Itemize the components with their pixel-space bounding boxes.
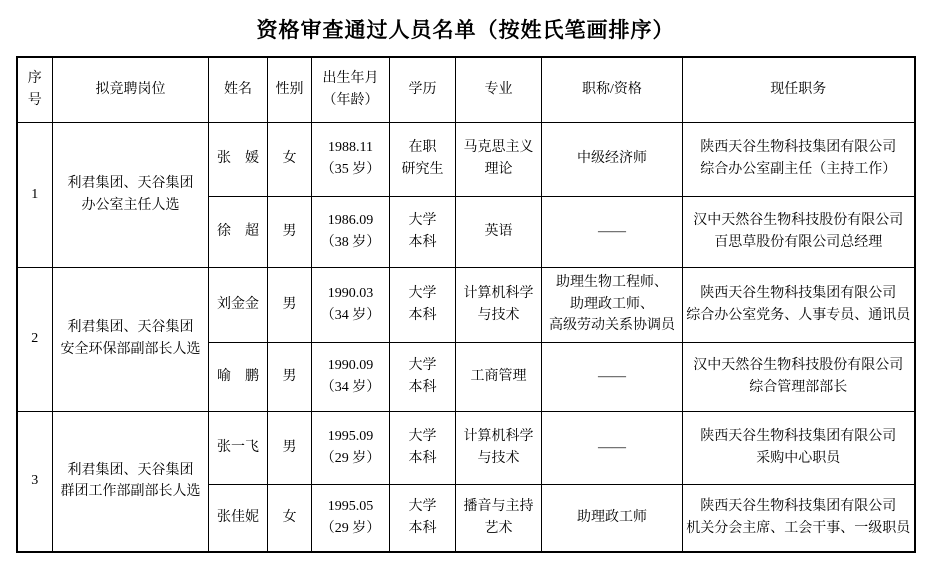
cell-qualification: —— xyxy=(542,411,683,484)
page-title: 资格审查通过人员名单（按姓氏笔画排序） xyxy=(0,0,931,56)
cell-major: 计算机科学 与技术 xyxy=(456,267,542,342)
roster-table: 序 号 拟竞聘岗位 姓名 性别 出生年月 （年龄） 学历 专业 职称/资格 现任… xyxy=(16,56,916,553)
header-gender: 性别 xyxy=(268,57,312,122)
cell-education: 大学 本科 xyxy=(390,411,456,484)
cell-qualification: 助理政工师 xyxy=(542,484,683,552)
cell-major: 英语 xyxy=(456,196,542,267)
cell-gender: 男 xyxy=(268,411,312,484)
header-row: 序 号 拟竞聘岗位 姓名 性别 出生年月 （年龄） 学历 专业 职称/资格 现任… xyxy=(17,57,915,122)
cell-group-no: 3 xyxy=(17,411,53,552)
cell-group-position: 利君集团、天谷集团 群团工作部副部长人选 xyxy=(53,411,209,552)
cell-birth: 1986.09 （38 岁） xyxy=(312,196,390,267)
cell-gender: 女 xyxy=(268,122,312,196)
header-birth: 出生年月 （年龄） xyxy=(312,57,390,122)
cell-name: 张佳妮 xyxy=(209,484,268,552)
cell-birth: 1990.03 （34 岁） xyxy=(312,267,390,342)
cell-name: 喻 鹏 xyxy=(209,342,268,411)
cell-major: 马克思主义 理论 xyxy=(456,122,542,196)
header-qualification: 职称/资格 xyxy=(542,57,683,122)
header-position: 拟竞聘岗位 xyxy=(53,57,209,122)
cell-qualification: —— xyxy=(542,342,683,411)
cell-qualification: 助理生物工程师、 助理政工师、 高级劳动关系协调员 xyxy=(542,267,683,342)
cell-current-post: 陕西天谷生物科技集团有限公司 综合办公室党务、人事专员、通讯员 xyxy=(683,267,915,342)
table-row: 2 利君集团、天谷集团 安全环保部副部长人选 刘金金 男 1990.03 （34… xyxy=(17,267,915,342)
cell-birth: 1988.11 （35 岁） xyxy=(312,122,390,196)
header-name: 姓名 xyxy=(209,57,268,122)
header-current-post: 现任职务 xyxy=(683,57,915,122)
cell-gender: 女 xyxy=(268,484,312,552)
cell-major: 播音与主持 艺术 xyxy=(456,484,542,552)
table-row: 3 利君集团、天谷集团 群团工作部副部长人选 张一飞 男 1995.09 （29… xyxy=(17,411,915,484)
cell-gender: 男 xyxy=(268,267,312,342)
cell-birth: 1990.09 （34 岁） xyxy=(312,342,390,411)
cell-education: 大学 本科 xyxy=(390,196,456,267)
cell-group-no: 1 xyxy=(17,122,53,267)
cell-name: 张一飞 xyxy=(209,411,268,484)
cell-education: 在职 研究生 xyxy=(390,122,456,196)
document-page: 资格审查通过人员名单（按姓氏笔画排序） 序 号 拟竞聘岗位 姓名 性别 出生年月… xyxy=(0,0,931,579)
cell-gender: 男 xyxy=(268,342,312,411)
cell-name: 徐 超 xyxy=(209,196,268,267)
cell-current-post: 汉中天然谷生物科技股份有限公司 百思草股份有限公司总经理 xyxy=(683,196,915,267)
cell-education: 大学 本科 xyxy=(390,342,456,411)
cell-birth: 1995.09 （29 岁） xyxy=(312,411,390,484)
cell-current-post: 汉中天然谷生物科技股份有限公司 综合管理部部长 xyxy=(683,342,915,411)
cell-birth: 1995.05 （29 岁） xyxy=(312,484,390,552)
cell-major: 计算机科学 与技术 xyxy=(456,411,542,484)
cell-current-post: 陕西天谷生物科技集团有限公司 综合办公室副主任（主持工作） xyxy=(683,122,915,196)
cell-name: 刘金金 xyxy=(209,267,268,342)
header-education: 学历 xyxy=(390,57,456,122)
header-major: 专业 xyxy=(456,57,542,122)
header-no: 序 号 xyxy=(17,57,53,122)
table-row: 1 利君集团、天谷集团 办公室主任人选 张 媛 女 1988.11 （35 岁）… xyxy=(17,122,915,196)
cell-group-position: 利君集团、天谷集团 安全环保部副部长人选 xyxy=(53,267,209,411)
cell-education: 大学 本科 xyxy=(390,484,456,552)
cell-group-position: 利君集团、天谷集团 办公室主任人选 xyxy=(53,122,209,267)
cell-qualification: —— xyxy=(542,196,683,267)
cell-gender: 男 xyxy=(268,196,312,267)
cell-name: 张 媛 xyxy=(209,122,268,196)
cell-current-post: 陕西天谷生物科技集团有限公司 机关分会主席、工会干事、一级职员 xyxy=(683,484,915,552)
cell-current-post: 陕西天谷生物科技集团有限公司 采购中心职员 xyxy=(683,411,915,484)
cell-major: 工商管理 xyxy=(456,342,542,411)
cell-qualification: 中级经济师 xyxy=(542,122,683,196)
cell-education: 大学 本科 xyxy=(390,267,456,342)
cell-group-no: 2 xyxy=(17,267,53,411)
